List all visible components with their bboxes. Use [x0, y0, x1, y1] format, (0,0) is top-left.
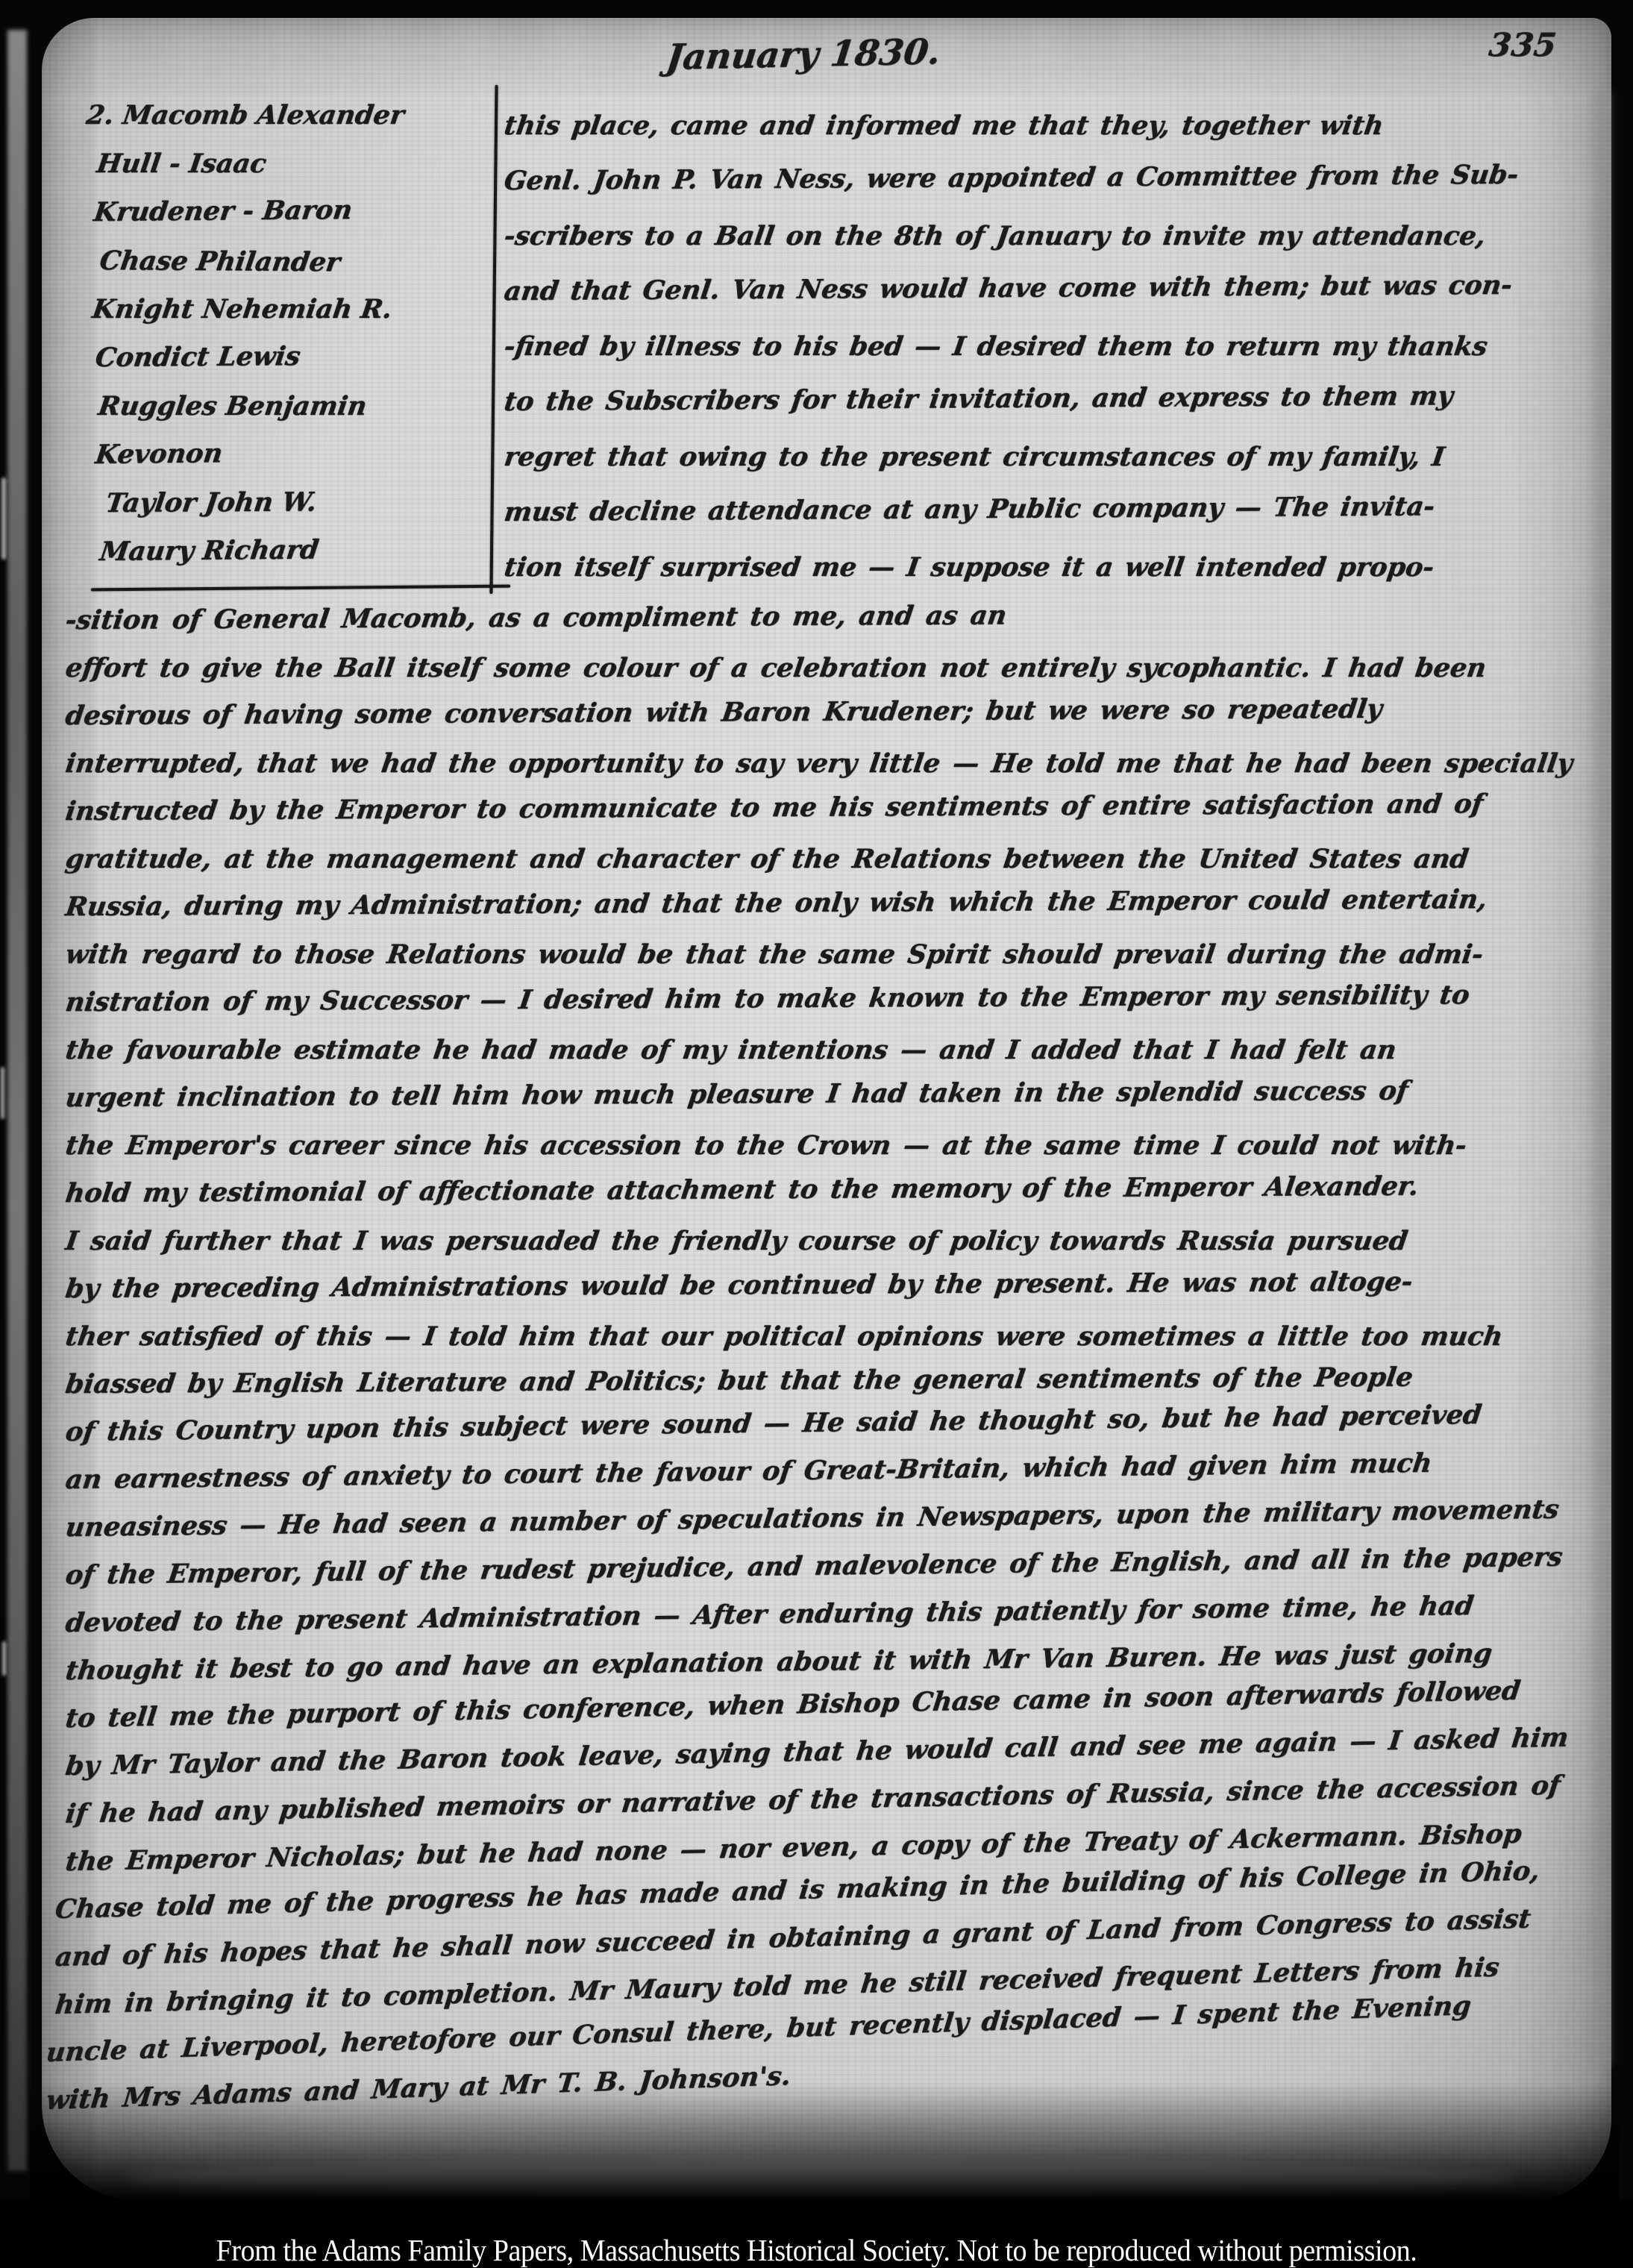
body-line: nistration of my Successor — I desired h… [63, 971, 1610, 1027]
body-line: Russia, during my Administration; and th… [63, 875, 1610, 931]
body-line: -sition of General Macomb, as a complime… [63, 589, 1610, 645]
margin-name: Hull - Isaac [93, 140, 507, 188]
body-line: by the preceding Administrations would b… [63, 1257, 1610, 1313]
body-line: to the Subscribers for their invitation,… [501, 368, 1611, 430]
body-line: -scribers to a Ball on the 8th of Januar… [501, 209, 1611, 264]
scan-edge-artifact [1, 1067, 4, 1119]
body-line: tion itself surprised me — I suppose it … [501, 540, 1611, 595]
margin-name: Taylor John W. [103, 477, 508, 527]
body-text-beside-names: this place, came and informed me that th… [504, 98, 1607, 595]
footer-caption-text: From the Adams Family Papers, Massachuse… [57, 2232, 1576, 2268]
margin-name: Kevonon [93, 426, 508, 479]
scan-bottom-shadow [30, 2081, 1619, 2207]
margin-name: Condict Lewis [93, 331, 508, 382]
margin-name: Krudener - Baron [91, 184, 508, 236]
body-line: must decline attendance at any Public co… [501, 478, 1611, 540]
page-number: 335 [1487, 27, 1558, 64]
body-line: and that Genl. Van Ness would have come … [501, 257, 1611, 319]
scan-edge-artifact [2, 1641, 6, 1676]
margin-name: Knight Nehemiah R. [89, 285, 507, 333]
margin-name: 2. Macomb Alexander [83, 91, 507, 140]
margin-names-list: 2. Macomb Alexander Hull - Isaac Krudene… [87, 91, 504, 576]
body-text-main: -sition of General Macomb, as a complime… [66, 597, 1605, 2125]
body-line: hold my testimonial of affectionate atta… [63, 1162, 1610, 1218]
margin-name: Maury Richard [97, 524, 508, 576]
body-line: instructed by the Emperor to communicate… [63, 780, 1610, 836]
page-date-heading: January 1830. [641, 31, 966, 78]
scan-edge-artifact [1, 477, 6, 560]
manuscript-scan: January 1830. 335 2. Macomb Alexander Hu… [0, 0, 1633, 2268]
body-line: this place, came and informed me that th… [501, 98, 1611, 154]
body-line: Genl. John P. Van Ness, were appointed a… [501, 147, 1611, 209]
body-line: urgent inclination to tell him how much … [63, 1066, 1610, 1122]
margin-name: Chase Philander [96, 236, 507, 288]
body-line: -fined by illness to his bed — I desired… [501, 319, 1611, 375]
body-line: regret that owing to the present circums… [501, 430, 1611, 485]
body-line: desirous of having some conversation wit… [63, 684, 1610, 740]
margin-name: Ruggles Benjamin [95, 382, 507, 430]
binding-edge [7, 30, 27, 2171]
